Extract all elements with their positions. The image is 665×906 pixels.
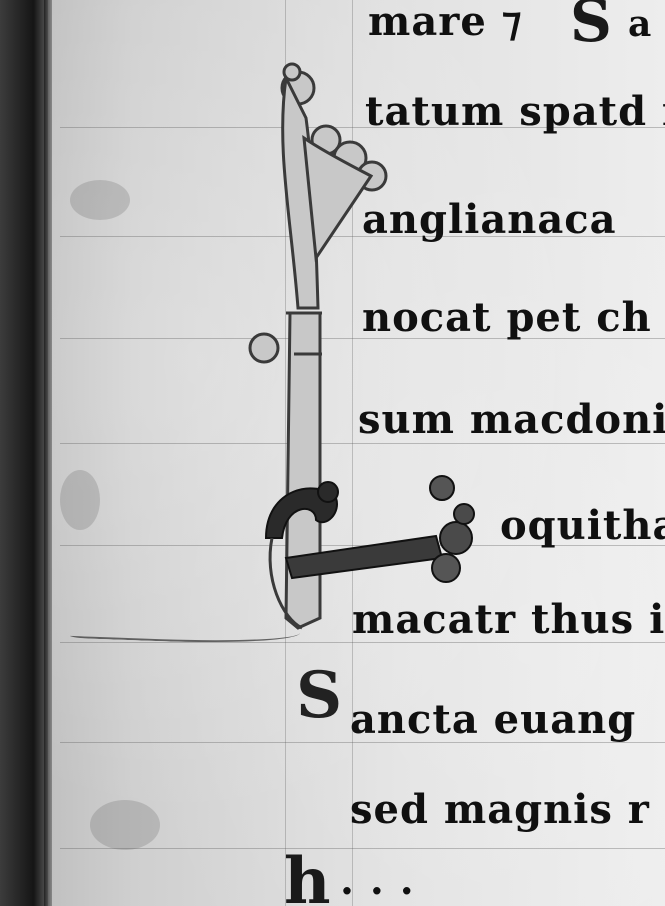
decorated-initial-L — [246, 58, 486, 638]
text-line-1-partial: a — [628, 6, 652, 42]
manuscript-page: mare ⁊ S a tatum spatd r anglianaca noca… — [0, 0, 665, 906]
initial-S-top: S — [570, 0, 612, 50]
text-line-8: ancta euang — [350, 700, 636, 740]
initial-h-bottom: h — [284, 850, 331, 906]
ruling-line — [60, 848, 665, 849]
stain — [70, 180, 130, 220]
stain — [60, 470, 100, 530]
text-line-10: · · · — [340, 872, 415, 906]
stain — [90, 800, 160, 850]
binding-edge — [44, 0, 52, 906]
book-binding — [0, 0, 48, 906]
text-line-6: oquitha — [500, 506, 665, 546]
text-line-1: mare ⁊ — [368, 2, 523, 42]
text-line-9: sed magnis r — [350, 790, 650, 830]
initial-S-line8: S — [296, 664, 342, 728]
